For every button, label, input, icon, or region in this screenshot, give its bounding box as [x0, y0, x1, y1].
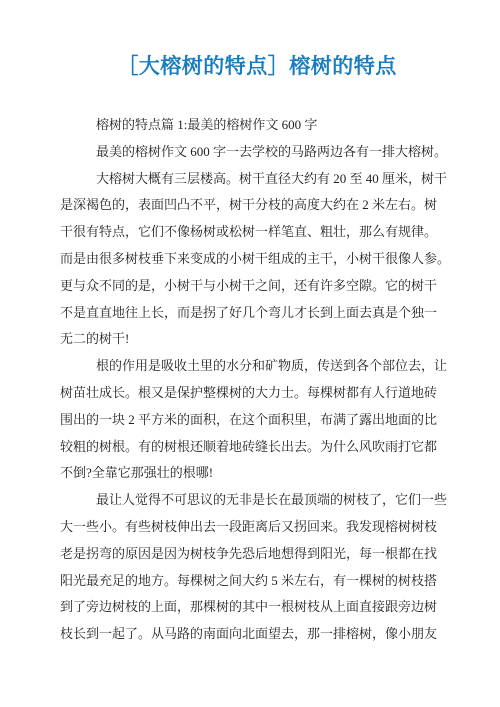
text-line: 最美的榕树作文 600 字一去学校的马路两边各有一排大榕树。 [60, 139, 450, 166]
text-line: 树苗壮成长。根又是保护整棵树的大力士。每棵树都有人行道地砖 [60, 380, 450, 407]
text-line: 围出的一块 2 平方米的面积，在这个面积里，布满了露出地面的比 [60, 407, 450, 434]
text-line: 不倒?全靠它那强壮的根哪! [60, 460, 450, 487]
text-line: 根的作用是吸收土里的水分和矿物质，传送到各个部位去，让 [60, 353, 450, 380]
text-line: 榕树的特点篇 1:最美的榕树作文 600 字 [60, 112, 450, 139]
document-page: ［大榕树的特点］榕树的特点 榕树的特点篇 1:最美的榕树作文 600 字 最美的… [0, 0, 500, 707]
text-line: 不是直直地往上长，而是拐了好几个弯儿才长到上面去真是个独一 [60, 300, 450, 327]
text-line: 更与众不同的是，小树干与小树干之间，还有许多空隙。它的树干 [60, 273, 450, 300]
text-line: 而是由很多树枝垂下来变成的小树干组成的主干，小树干很像人参。 [60, 246, 450, 273]
page-title: ［大榕树的特点］榕树的特点 [7, 50, 500, 80]
text-line: 大榕树大概有三层楼高。树干直径大约有 20 至 40 厘米，树干 [60, 166, 450, 193]
text-line: 干很有特点，它们不像杨树或松树一样笔直、粗壮，那么有规律。 [60, 219, 450, 246]
text-line: 最让人觉得不可思议的无非是长在最顶端的树枝了，它们一些 [60, 487, 450, 514]
text-line: 无二的树干! [60, 326, 450, 353]
text-line: 到了旁边树枝的上面，那棵树的其中一根树枝从上面直接跟旁边树 [60, 594, 450, 621]
text-line: 较粗的树根。有的树根还顺着地砖缝长出去。为什么风吹雨打它都 [60, 434, 450, 461]
text-line: 大一些小。有些树枝伸出去一段距离后又拐回来。我发现榕树树枝 [60, 514, 450, 541]
document-body: 榕树的特点篇 1:最美的榕树作文 600 字 最美的榕树作文 600 字一去学校… [60, 112, 450, 648]
text-line: 老是拐弯的原因是因为树枝争先恐后地想得到阳光，每一根都在找 [60, 541, 450, 568]
text-line: 是深褐色的，表面凹凸不平，树干分枝的高度大约在 2 米左右。树 [60, 192, 450, 219]
text-line: 阳光最充足的地方。每棵树之间大约 5 米左右，有一棵树的树枝搭 [60, 568, 450, 595]
text-line: 枝长到一起了。从马路的南面向北面望去，那一排榕树，像小朋友 [60, 621, 450, 648]
